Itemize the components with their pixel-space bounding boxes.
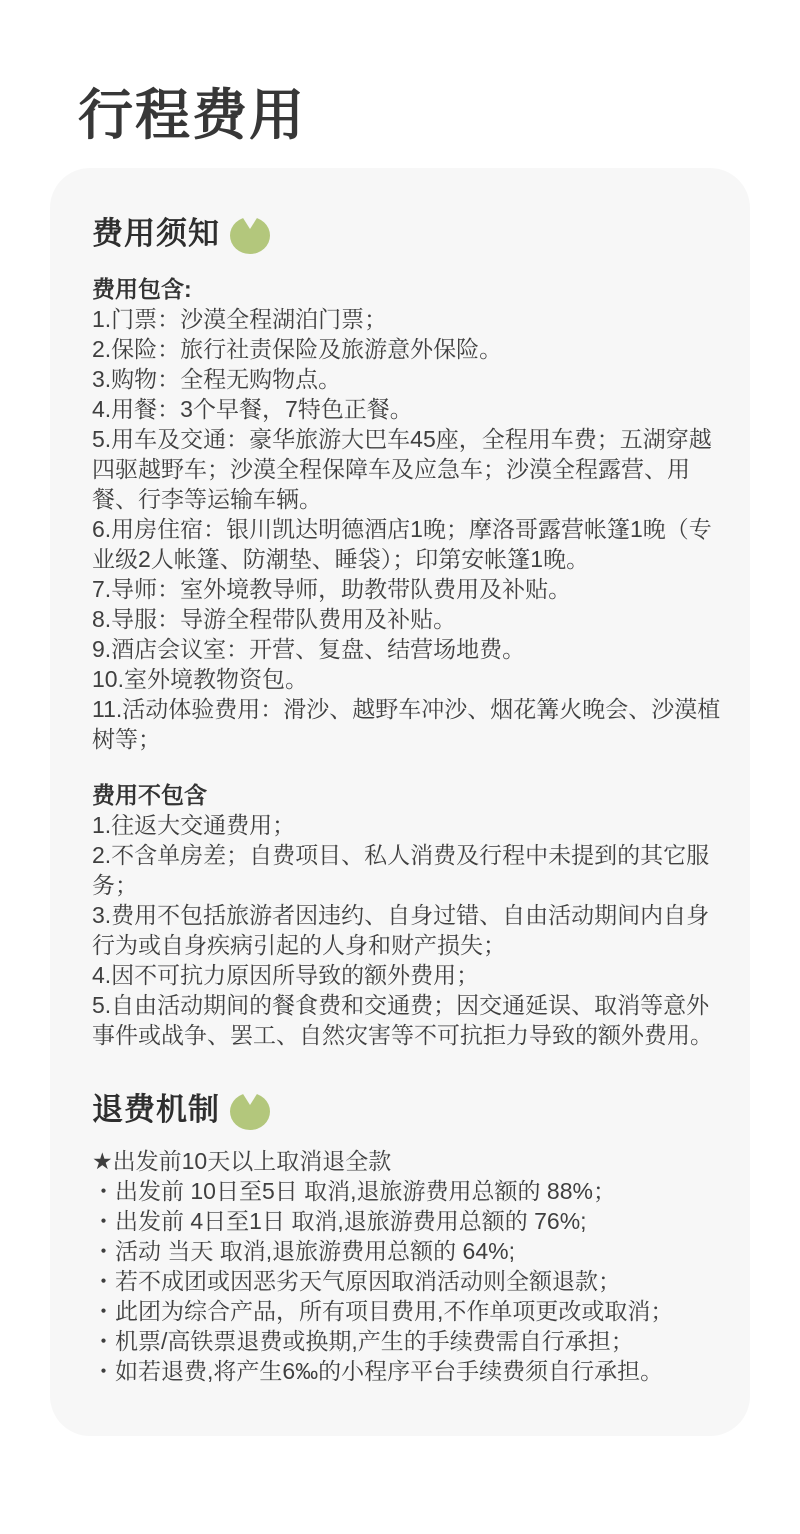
refund-item: ・若不成团或因恶劣天气原因取消活动则全额退款； xyxy=(92,1266,724,1296)
include-item: 3.购物：全程无购物点。 xyxy=(92,364,724,394)
leaf-notch-icon xyxy=(230,217,270,254)
include-item: 7.导师：室外境教导师，助教带队费用及补贴。 xyxy=(92,574,724,604)
refund-highlight: ★出发前10天以上取消退全款 xyxy=(92,1146,724,1176)
include-item: 10.室外境教物资包。 xyxy=(92,664,724,694)
include-list: 1.门票：沙漠全程湖泊门票； 2.保险：旅行社责保险及旅游意外保险。 3.购物：… xyxy=(92,304,724,754)
exclude-title: 费用不包含 xyxy=(92,780,724,810)
refund-item: ・活动 当天 取消,退旅游费用总额的 64%; xyxy=(92,1236,724,1266)
exclude-item: 2.不含单房差；自费项目、私人消费及行程中未提到的其它服务； xyxy=(92,840,724,900)
include-item: 4.用餐：3个早餐，7特色正餐。 xyxy=(92,394,724,424)
include-item: 9.酒店会议室：开营、复盘、结营场地费。 xyxy=(92,634,724,664)
refund-heading-row: 退费机制 xyxy=(92,1090,724,1130)
include-item: 5.用车及交通：豪华旅游大巴车45座，全程用车费；五湖穿越四驱越野车；沙漠全程保… xyxy=(92,424,724,514)
include-item: 2.保险：旅行社责保险及旅游意外保险。 xyxy=(92,334,724,364)
exclude-item: 4.因不可抗力原因所导致的额外费用； xyxy=(92,960,724,990)
exclude-item: 1.往返大交通费用； xyxy=(92,810,724,840)
section-fee-notice: 费用须知 费用包含: 1.门票：沙漠全程湖泊门票； 2.保险：旅行社责保险及旅游… xyxy=(92,214,724,1050)
page-title: 行程费用 xyxy=(78,84,800,146)
exclude-item: 3.费用不包括旅游者因违约、自身过错、自由活动期间内自身行为或自身疾病引起的人身… xyxy=(92,900,724,960)
refund-item: ・机票/高铁票退费或换期,产生的手续费需自行承担； xyxy=(92,1326,724,1356)
fee-notice-heading: 费用须知 xyxy=(92,214,220,254)
fee-notice-heading-row: 费用须知 xyxy=(92,214,724,254)
include-item: 6.用房住宿：银川凯达明德酒店1晚；摩洛哥露营帐篷1晚（专业级2人帐篷、防潮垫、… xyxy=(92,514,724,574)
exclude-list: 1.往返大交通费用； 2.不含单房差；自费项目、私人消费及行程中未提到的其它服务… xyxy=(92,810,724,1050)
leaf-notch-icon xyxy=(230,1093,270,1130)
section-refund: 退费机制 ★出发前10天以上取消退全款 ・出发前 10日至5日 取消,退旅游费用… xyxy=(92,1090,724,1386)
refund-item: ・出发前 10日至5日 取消,退旅游费用总额的 88%； xyxy=(92,1176,724,1206)
include-title: 费用包含: xyxy=(92,274,724,304)
refund-item: ・出发前 4日至1日 取消,退旅游费用总额的 76%; xyxy=(92,1206,724,1236)
include-item: 1.门票：沙漠全程湖泊门票； xyxy=(92,304,724,334)
exclude-block: 费用不包含 1.往返大交通费用； 2.不含单房差；自费项目、私人消费及行程中未提… xyxy=(92,780,724,1050)
refund-list: ・出发前 10日至5日 取消,退旅游费用总额的 88%； ・出发前 4日至1日 … xyxy=(92,1176,724,1386)
refund-item: ・如若退费,将产生6‰的小程序平台手续费须自行承担。 xyxy=(92,1356,724,1386)
exclude-item: 5.自由活动期间的餐食费和交通费；因交通延误、取消等意外事件或战争、罢工、自然灾… xyxy=(92,990,724,1050)
include-item: 11.活动体验费用：滑沙、越野车冲沙、烟花篝火晚会、沙漠植树等； xyxy=(92,694,724,754)
include-item: 8.导服：导游全程带队费用及补贴。 xyxy=(92,604,724,634)
fee-card: 费用须知 费用包含: 1.门票：沙漠全程湖泊门票； 2.保险：旅行社责保险及旅游… xyxy=(50,168,750,1436)
refund-heading: 退费机制 xyxy=(92,1090,220,1130)
refund-item: ・此团为综合产品，所有项目费用,不作单项更改或取消； xyxy=(92,1296,724,1326)
